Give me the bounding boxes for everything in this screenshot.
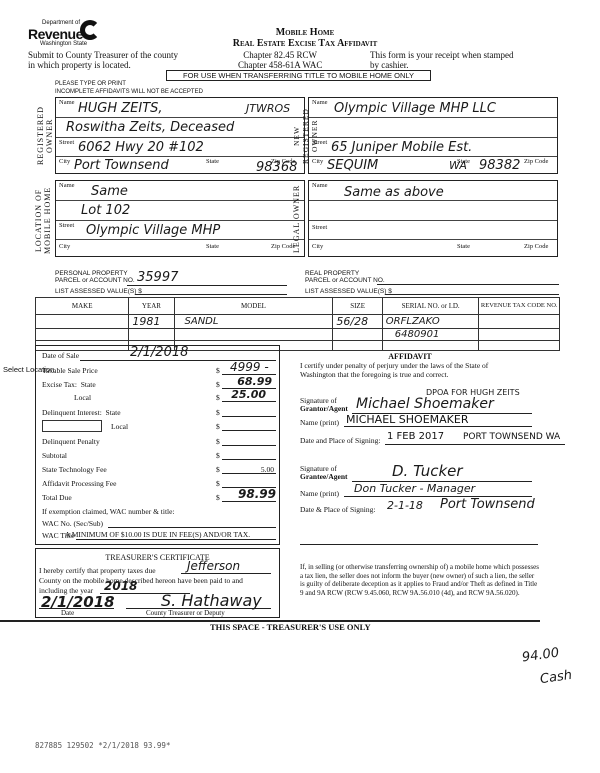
wac-no-field[interactable] [108,518,276,528]
currency-symbol: $ [216,465,220,474]
cell-year [129,329,174,341]
submit-instructions: Submit to County Treasurer of the county… [28,50,178,70]
real-property-label: REAL PROPERTY PARCEL or ACCOUNT NO. [305,270,385,284]
grantor-date-label: Date and Place of Signing: [300,437,380,445]
col-make: MAKE [36,298,129,315]
cell-year: 1981 [129,315,174,329]
location-street: Olympic Village MHP [86,223,220,238]
treasurer-year: 2018 [104,579,137,593]
grantee-sig-label2: Grantee/Agent [300,473,348,481]
excise-state-label: State [81,380,96,389]
cell-serial [382,341,479,351]
zip-label: Zip Code [524,158,548,165]
currency-symbol: $ [216,479,220,488]
registered-owner-label: REGISTERED OWNER [36,100,56,172]
receipt-line2: by cashier. [370,60,513,70]
grantee-date-label: Date & Place of Signing: [300,506,375,514]
chapter-wac: Chapter 458-61A WAC [238,60,322,70]
treasurer-signature-field[interactable]: S. Hathaway [126,595,271,609]
personal-parcel-label: PARCEL or ACCOUNT NO. [55,277,135,284]
real-parcel-field[interactable] [377,277,559,285]
col-size: SIZE [333,298,382,315]
date-of-sale-row: Date of Sale [42,351,79,360]
real-assessed-label: LIST ASSESSED VALUE(S) $ [305,288,392,295]
legal-owner-street-row[interactable]: Street [309,221,557,240]
personal-assessed-label: LIST ASSESSED VALUE(S) $ [55,288,142,295]
handwritten-amount: 94.00 [521,645,560,665]
affidavit-title: AFFIDAVIT [300,352,520,361]
treasurer-line1: I hereby certify that property taxes due [39,566,156,575]
cell-make [36,329,129,341]
cell-make [36,315,129,329]
treasurer-signature-label: County Treasurer or Deputy [146,609,225,617]
grantor-date: 1 FEB 2017 [387,431,444,442]
registered-owner-section: Name HUGH ZEITS, JTWROS Roswitha Zeits, … [55,97,305,174]
new-owner-name: Olympic Village MHP LLC [334,101,496,116]
total-due-field[interactable]: 98.99 [222,492,276,502]
delinq-state-field[interactable] [222,407,276,417]
name-label: Name [59,182,75,189]
grantor-signature-label: Signature of Grantor/Agent [300,397,348,413]
logo-state: Washington State [40,41,87,47]
total-due-value: 98.99 [238,487,276,501]
name-label: Name [312,99,328,106]
delinquent-interest-label: Delinquent Interest: [42,408,102,417]
affidavit-fee-label: Affidavit Processing Fee [42,479,116,488]
location-street-row[interactable]: Street Olympic Village MHP [56,221,304,240]
vehicle-table-header: MAKE YEAR MODEL SIZE SERIAL NO. or I.D. … [36,298,560,315]
registered-owner-tenancy: JTWROS [246,102,290,115]
table-row[interactable]: 6480901 [36,329,560,341]
fees-section: Date of Sale 2/1/2018 Taxable Sale Price… [35,345,280,545]
taxable-price-field[interactable]: 4999 - [222,365,276,375]
grantee-name-field[interactable]: Don Tucker - Manager [344,483,532,497]
legal-owner-city-row[interactable]: City State Zip Code [309,240,557,257]
delinquent-penalty-field[interactable] [222,436,276,446]
new-owner-city-row[interactable]: City State Zip Code SEQUIM WA 98382 [309,157,557,174]
currency-symbol: $ [216,408,220,417]
cell-model [174,329,333,341]
delinquent-penalty-label: Delinquent Penalty [42,437,100,446]
location-select[interactable] [42,420,102,432]
grantee-date: 2-1-18 [387,499,423,512]
registered-owner-name2-row[interactable]: Roswitha Zeits, Deceased [56,118,304,138]
cell-revenue-code [479,329,560,341]
location-name2-row[interactable]: Lot 102 [56,201,304,221]
registered-owner-name2: Roswitha Zeits, Deceased [66,120,234,135]
affidavit-certify1: I certify under penalty of perjury under… [300,361,520,370]
col-serial: SERIAL NO. or I.D. [382,298,479,315]
excise-local-label: Local [74,393,91,402]
treasurer-title: TREASURER'S CERTIFICATE [36,553,279,562]
real-property-title: REAL PROPERTY [305,270,385,277]
cell-revenue-code [479,341,560,351]
logo-revenue: Revenue [28,26,83,42]
currency-symbol: $ [216,380,220,389]
new-owner-zip: 98382 [479,158,520,173]
col-model: MODEL [174,298,333,315]
personal-parcel-value: 35997 [137,270,178,285]
excise-label: Excise Tax: [42,380,77,389]
cell-size [333,329,382,341]
legal-owner-section: Name Same as above Street City State Zip… [308,180,558,257]
treasurer-county-field[interactable]: Jefferson [181,562,271,574]
grantor-date-field[interactable]: 1 FEB 2017 PORT TOWNSEND WA [385,431,565,445]
zip-label: Zip Code [524,243,548,250]
city-label: City [312,158,323,165]
state-label: State [206,158,219,165]
wac-no-label: WAC No. (Sec/Sub) [42,519,103,528]
dor-swirl-icon [80,20,100,40]
tech-fee-field: 5.00 [222,464,276,474]
cell-size: 56/28 [333,315,382,329]
grantor-place: PORT TOWNSEND WA [463,432,560,442]
street-label: Street [312,224,327,231]
form-title-line2: Real Estate Excise Tax Affidavit [165,38,445,49]
form-notice: PLEASE TYPE OR PRINT INCOMPLETE AFFIDAVI… [55,80,203,96]
grantor-name-label: Name (print) [300,419,339,427]
exemption-label: If exemption claimed, WAC number & title… [42,507,175,516]
excise-state-row: Excise Tax: State [42,380,96,389]
grantee-signature: D. Tucker [392,462,463,480]
col-year: YEAR [129,298,174,315]
tech-fee-value: 5.00 [261,465,274,474]
affidavit-certify2: Washington that the foregoing is true an… [300,370,520,379]
cashier-stamp: 827885 129502 *2/1/2018 93.99* [35,741,170,750]
date-of-sale-label: Date of Sale [42,351,79,360]
currency-symbol: $ [216,393,220,402]
dor-logo: Department of Revenue Washington State [28,20,113,48]
city-label: City [312,243,323,250]
state-label: State [457,243,470,250]
cell-model: SANDL [174,315,333,329]
personal-parcel-field[interactable]: 35997 [127,274,287,286]
cell-revenue-code [479,315,560,329]
location-city-row[interactable]: City State Zip Code [56,240,304,257]
grantor-signature: Michael Shoemaker [356,396,494,412]
chapter-refs: Chapter 82.45 RCW Chapter 458-61A WAC [238,50,322,70]
grantee-signature-field[interactable]: D. Tucker [352,462,532,482]
currency-symbol: $ [216,422,220,431]
cell-serial: 6480901 [382,329,479,341]
select-location-overlay[interactable]: Select Location [3,365,54,374]
personal-assessed-field[interactable] [135,287,287,295]
treasurer-county: Jefferson [187,559,240,573]
lien-notice: If, in selling (or otherwise transferrin… [300,563,540,597]
receipt-line1: This form is your receipt when stamped [370,50,513,60]
grantee-signature-label: Signature of Grantee/Agent [300,465,348,481]
form-title-line1: Mobile Home [200,27,410,38]
select-location-label: Select Location [3,365,54,374]
street-label: Street [59,222,74,229]
new-owner-street-row[interactable]: Street 65 Juniper Mobile Est. [309,138,557,157]
new-owner-name-row[interactable]: Name Olympic Village MHP LLC [309,98,557,118]
delinq-state-label: State [106,408,121,417]
excise-local-field[interactable]: 25.00 [222,392,276,402]
chapter-rcw: Chapter 82.45 RCW [238,50,322,60]
state-label: State [206,243,219,250]
treasurer-certificate: TREASURER'S CERTIFICATE I hereby certify… [35,548,280,618]
street-label: Street [312,139,327,146]
grantee-name: Don Tucker - Manager [354,482,475,495]
notice-type-print: PLEASE TYPE OR PRINT [55,80,203,88]
delinquent-interest-row: Delinquent Interest: State [42,408,121,417]
tech-fee-label: State Technology Fee [42,465,107,474]
new-registered-owner-section: Name Olympic Village MHP LLC Street 65 J… [308,97,558,174]
grantor-note: DPOA FOR HUGH ZEITS [426,388,520,397]
excise-state-value: 68.99 [237,375,272,388]
registered-owner-name: HUGH ZEITS, [78,101,163,116]
new-owner-state: WA [449,159,467,172]
cell-size [333,341,382,351]
grantor-signature-field[interactable]: Michael Shoemaker [352,396,532,414]
submit-line2: in which property is located. [28,60,178,70]
new-owner-name2-row[interactable] [309,118,557,138]
city-label: City [59,158,70,165]
legal-owner-name: Same as above [344,185,444,200]
taxable-price-value: 4999 - [230,360,269,374]
new-owner-street: 65 Juniper Mobile Est. [331,140,472,155]
treasurer-date: 2/1/2018 [41,593,115,611]
table-row[interactable]: 1981 SANDL 56/28 ORFLZAKO [36,315,560,329]
grantor-name: MICHAEL SHOEMAKER [346,413,468,426]
registered-owner-name-row[interactable]: Name HUGH ZEITS, JTWROS [56,98,304,118]
treasurer-use-label: THIS SPACE - TREASURER'S USE ONLY [210,622,371,632]
real-parcel-label: PARCEL or ACCOUNT NO. [305,277,385,284]
grantee-date-field[interactable]: 2-1-18 Port Townsend [385,499,565,513]
total-due-label: Total Due [42,493,72,502]
treasurer-signature: S. Hathaway [161,591,262,610]
delinq-local-field[interactable] [222,421,276,431]
grantor-name-field[interactable]: MICHAEL SHOEMAKER [344,413,532,427]
affidavit-section: AFFIDAVIT I certify under penalty of per… [300,352,520,379]
registered-owner-street: 6062 Hwy 20 #102 [78,140,204,155]
currency-symbol: $ [216,451,220,460]
vehicle-table: MAKE YEAR MODEL SIZE SERIAL NO. or I.D. … [35,297,560,351]
location-name-row[interactable]: Name Same [56,181,304,201]
location-name: Same [91,184,128,199]
delinq-local-label: Local [111,422,128,431]
treasurer-date-label: Date [61,609,74,617]
currency-symbol: $ [216,437,220,446]
location-section: Name Same Lot 102 Street Olympic Village… [55,180,305,257]
currency-symbol: $ [216,493,220,502]
personal-property-label: PERSONAL PROPERTY PARCEL or ACCOUNT NO. [55,270,135,284]
handwritten-payment-method: Cash [539,668,573,687]
personal-property-title: PERSONAL PROPERTY [55,270,135,277]
name-label: Name [59,99,75,106]
legal-owner-name2-row[interactable] [309,201,557,221]
affidavit-divider [300,544,538,545]
receipt-note: This form is your receipt when stamped b… [370,50,513,70]
cell-serial: ORFLZAKO [382,315,479,329]
transfer-banner: FOR USE WHEN TRANSFERRING TITLE TO MOBIL… [166,70,431,81]
registered-owner-street-row[interactable]: Street 6062 Hwy 20 #102 [56,138,304,157]
name-label: Name [312,182,328,189]
real-assessed-field[interactable] [385,287,559,295]
grantee-name-label: Name (print) [300,490,339,498]
minimum-due-notice: A MINIMUM OF $10.00 IS DUE IN FEE(S) AND… [35,530,280,539]
grantee-place: Port Townsend [440,497,535,512]
registered-owner-city-row[interactable]: City State Zip Code Port Townsend 98368 [56,157,304,174]
city-label: City [59,243,70,250]
excise-local-row: Local [42,393,91,402]
notice-incomplete: INCOMPLETE AFFIDAVITS WILL NOT BE ACCEPT… [55,88,203,96]
registered-owner-city: Port Townsend [74,158,169,173]
location-name2: Lot 102 [81,203,130,218]
date-of-sale-value: 2/1/2018 [130,345,188,360]
street-label: Street [59,139,74,146]
subtotal-label: Subtotal [42,451,67,460]
new-owner-city: SEQUIM [327,158,378,173]
excise-local-value: 25.00 [231,388,266,401]
submit-line1: Submit to County Treasurer of the county [28,50,178,60]
legal-owner-name-row[interactable]: Name Same as above [309,181,557,201]
subtotal-field[interactable] [222,450,276,460]
col-revenue-code: REVENUE TAX CODE NO. [479,298,560,315]
treasurer-date-field[interactable]: 2/1/2018 [39,595,114,609]
grantor-sig-label2: Grantor/Agent [300,405,348,413]
currency-symbol: $ [216,366,220,375]
